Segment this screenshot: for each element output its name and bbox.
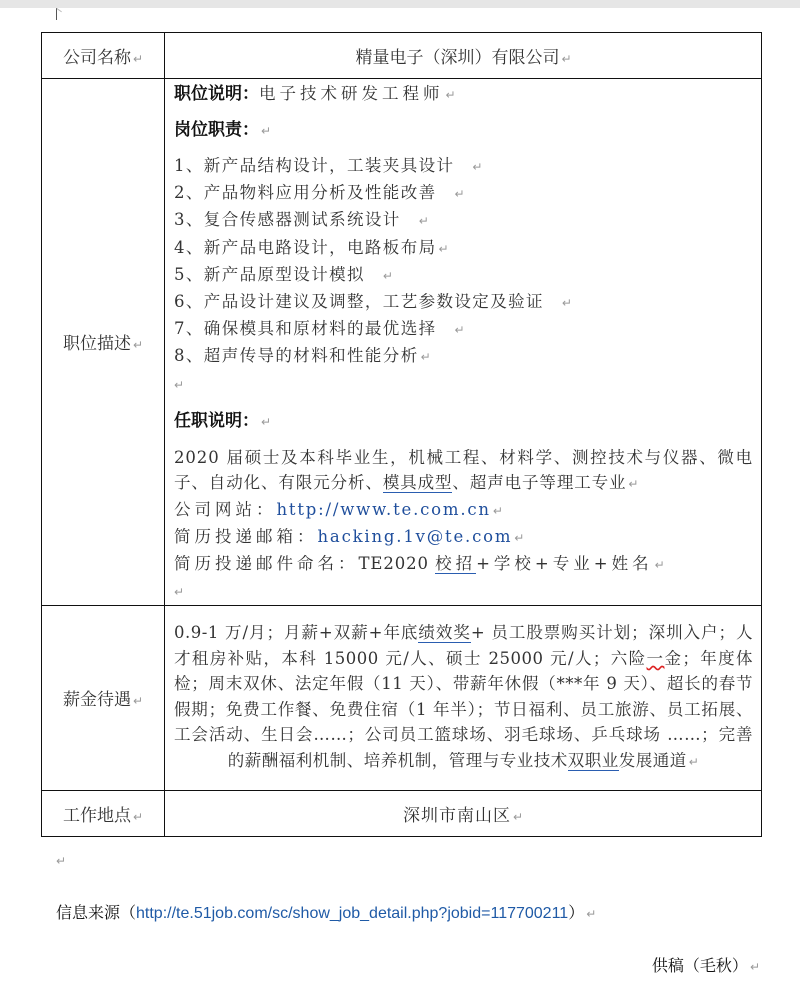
empty-line: ↵ <box>174 371 753 398</box>
location-label-cell: 工作地点↵ <box>42 790 165 836</box>
paragraph-mark-icon: ↵ <box>689 755 700 769</box>
paragraph-mark-icon: ↵ <box>561 52 571 66</box>
duty-text: 6、产品设计建议及调整，工艺参数设定及验证 <box>174 292 544 311</box>
duty-text: 7、确保模具和原材料的最优选择 <box>174 319 437 338</box>
credit-text: 供稿（毛秋） <box>652 958 748 975</box>
duty-item: 8、超声传导的材料和性能分析↵ <box>174 343 753 370</box>
naming-label: 简历投递邮件命名： <box>174 554 359 573</box>
paragraph-mark-icon: ↵ <box>455 187 466 201</box>
duty-item: 6、产品设计建议及调整，工艺参数设定及验证↵ <box>174 289 753 316</box>
row-description: 职位描述↵ 职位说明：电子技术研发工程师↵ 岗位职责：↵ 1、新产品结构设计，工… <box>42 79 762 606</box>
requirements-block: 2020 届硕士及本科毕业生，机械工程、材料学、测控技术与仪器、微电子、自动化、… <box>174 445 753 605</box>
email-line: 简历投递邮箱：hacking.1v@te.com↵ <box>174 524 753 551</box>
naming-prefix: TE2020 <box>359 554 436 573</box>
company-value-cell[interactable]: 精量电子（深圳）有限公司↵ <box>165 33 762 79</box>
paragraph-mark-icon: ↵ <box>261 124 271 138</box>
duty-text: 3、复合传感器测试系统设计 <box>174 210 401 229</box>
paragraph-mark-icon: ↵ <box>383 269 394 283</box>
paragraph-mark-icon: ↵ <box>439 242 450 256</box>
paragraph-mark-icon: ↵ <box>750 960 760 974</box>
website-label: 公司网站： <box>174 500 277 519</box>
duty-item: 4、新产品电路设计，电路板布局↵ <box>174 235 753 262</box>
requirements-heading-line: 任职说明：↵ <box>174 408 753 435</box>
location-value: 深圳市南山区 <box>403 806 511 826</box>
paragraph-mark-icon: ↵ <box>446 88 456 102</box>
company-label: 公司名称 <box>63 48 131 68</box>
location-value-cell[interactable]: 深圳市南山区↵ <box>165 790 762 836</box>
row-location: 工作地点↵ 深圳市南山区↵ <box>42 790 762 836</box>
paragraph-mark-icon: ↵ <box>513 810 524 824</box>
requirements-text-part: 、超声电子等理工专业 <box>452 473 626 492</box>
salary-text-part: 0.9-1 万/月；月薪+双薪+年底 <box>174 623 418 642</box>
position-heading: 职位说明： <box>174 84 259 104</box>
paragraph-mark-icon: ↵ <box>261 415 271 429</box>
paragraph-mark-icon: ↵ <box>133 694 143 708</box>
spellcheck-flagged-text: 一 <box>647 649 665 668</box>
paragraph-mark-icon: ↵ <box>514 531 525 545</box>
paragraph-mark-icon: ↵ <box>455 323 466 337</box>
paragraph-mark-icon: ↵ <box>133 338 143 352</box>
salary-value-cell[interactable]: 0.9-1 万/月；月薪+双薪+年底绩效奖+ 员工股票购买计划；深圳入户；人才租… <box>165 605 762 790</box>
paragraph-mark-icon: ↵ <box>174 378 185 392</box>
paragraph-mark-icon: ↵ <box>133 810 143 824</box>
duty-item: 2、产品物料应用分析及性能改善↵ <box>174 180 753 207</box>
website-link[interactable]: http://www.te.com.cn <box>277 500 491 519</box>
duty-text: 8、超声传导的材料和性能分析 <box>174 346 419 365</box>
job-info-table: 公司名称↵ 精量电子（深圳）有限公司↵ 职位描述↵ 职位说明：电子技术研发工程师… <box>41 32 762 837</box>
salary-label: 薪金待遇 <box>63 690 131 710</box>
duty-text: 5、新产品原型设计模拟 <box>174 265 365 284</box>
position-value: 电子技术研发工程师 <box>259 84 444 103</box>
requirements-heading: 任职说明： <box>174 411 259 431</box>
duty-item: 5、新产品原型设计模拟↵ <box>174 262 753 289</box>
row-salary: 薪金待遇↵ 0.9-1 万/月；月薪+双薪+年底绩效奖+ 员工股票购买计划；深圳… <box>42 605 762 790</box>
source-label: 信息来源（ <box>56 905 136 922</box>
duty-item: 3、复合传感器测试系统设计↵ <box>174 207 753 234</box>
description-value-cell[interactable]: 职位说明：电子技术研发工程师↵ 岗位职责：↵ 1、新产品结构设计，工装夹具设计↵… <box>165 79 762 606</box>
email-label: 简历投递邮箱： <box>174 527 318 546</box>
grammar-flagged-text: 校招 <box>435 554 476 574</box>
requirements-text: 2020 届硕士及本科毕业生，机械工程、材料学、测控技术与仪器、微电子、自动化、… <box>174 445 753 497</box>
duty-item: 7、确保模具和原材料的最优选择↵ <box>174 316 753 343</box>
salary-text-part: 发展通道 <box>619 751 687 770</box>
info-source-line: 信息来源（http://te.51job.com/sc/show_job_det… <box>56 900 596 923</box>
paragraph-mark-icon: ↵ <box>56 854 66 868</box>
grammar-flagged-text: 绩效奖 <box>418 623 470 643</box>
position-line: 职位说明：电子技术研发工程师↵ <box>174 81 753 108</box>
salary-label-cell: 薪金待遇↵ <box>42 605 165 790</box>
duty-text: 2、产品物料应用分析及性能改善 <box>174 183 437 202</box>
paragraph-mark-icon: ↵ <box>421 350 432 364</box>
paragraph-mark-icon: ↵ <box>628 477 639 491</box>
grammar-flagged-text: 双职业 <box>568 751 619 771</box>
empty-line: ↵ <box>174 578 753 605</box>
window-top-bar <box>0 0 800 8</box>
paragraph-mark-icon: ↵ <box>472 160 483 174</box>
company-label-cell: 公司名称↵ <box>42 33 165 79</box>
paragraph-mark-icon: ↵ <box>133 52 143 66</box>
paragraph-mark-icon: ↵ <box>419 214 430 228</box>
paragraph-mark-icon: ↵ <box>586 907 596 921</box>
website-line: 公司网站：http://www.te.com.cn↵ <box>174 497 753 524</box>
location-label: 工作地点 <box>63 806 131 826</box>
paragraph-mark-icon: ↵ <box>562 296 573 310</box>
source-close: ） <box>568 905 584 922</box>
description-label: 职位描述 <box>63 334 131 354</box>
duties-list: 1、新产品结构设计，工装夹具设计↵ 2、产品物料应用分析及性能改善↵ 3、复合传… <box>174 153 753 398</box>
paragraph-mark-icon: ↵ <box>174 585 185 599</box>
empty-paragraph: ↵ <box>56 850 66 869</box>
email-link[interactable]: hacking.1v@te.com <box>318 527 513 546</box>
margin-corner-mark <box>56 8 64 20</box>
duty-item: 1、新产品结构设计，工装夹具设计↵ <box>174 153 753 180</box>
duty-text: 1、新产品结构设计，工装夹具设计 <box>174 156 454 175</box>
grammar-flagged-text: 模具成型 <box>383 473 453 493</box>
paragraph-mark-icon: ↵ <box>655 558 666 572</box>
salary-text: 0.9-1 万/月；月薪+双薪+年底绩效奖+ 员工股票购买计划；深圳入户；人才租… <box>174 620 753 775</box>
naming-line: 简历投递邮件命名：TE2020 校招+学校+专业+姓名↵ <box>174 551 753 578</box>
source-link[interactable]: http://te.51job.com/sc/show_job_detail.p… <box>136 905 568 922</box>
description-label-cell: 职位描述↵ <box>42 79 165 606</box>
company-name: 精量电子（深圳）有限公司 <box>355 48 559 68</box>
contributor-credit: 供稿（毛秋）↵ <box>652 953 760 976</box>
duties-heading-line: 岗位职责：↵ <box>174 117 753 144</box>
paragraph-mark-icon: ↵ <box>493 504 504 518</box>
duties-heading: 岗位职责： <box>174 120 259 140</box>
naming-suffix: +学校+专业+姓名 <box>476 554 652 573</box>
row-company: 公司名称↵ 精量电子（深圳）有限公司↵ <box>42 33 762 79</box>
duty-text: 4、新产品电路设计，电路板布局 <box>174 238 437 257</box>
